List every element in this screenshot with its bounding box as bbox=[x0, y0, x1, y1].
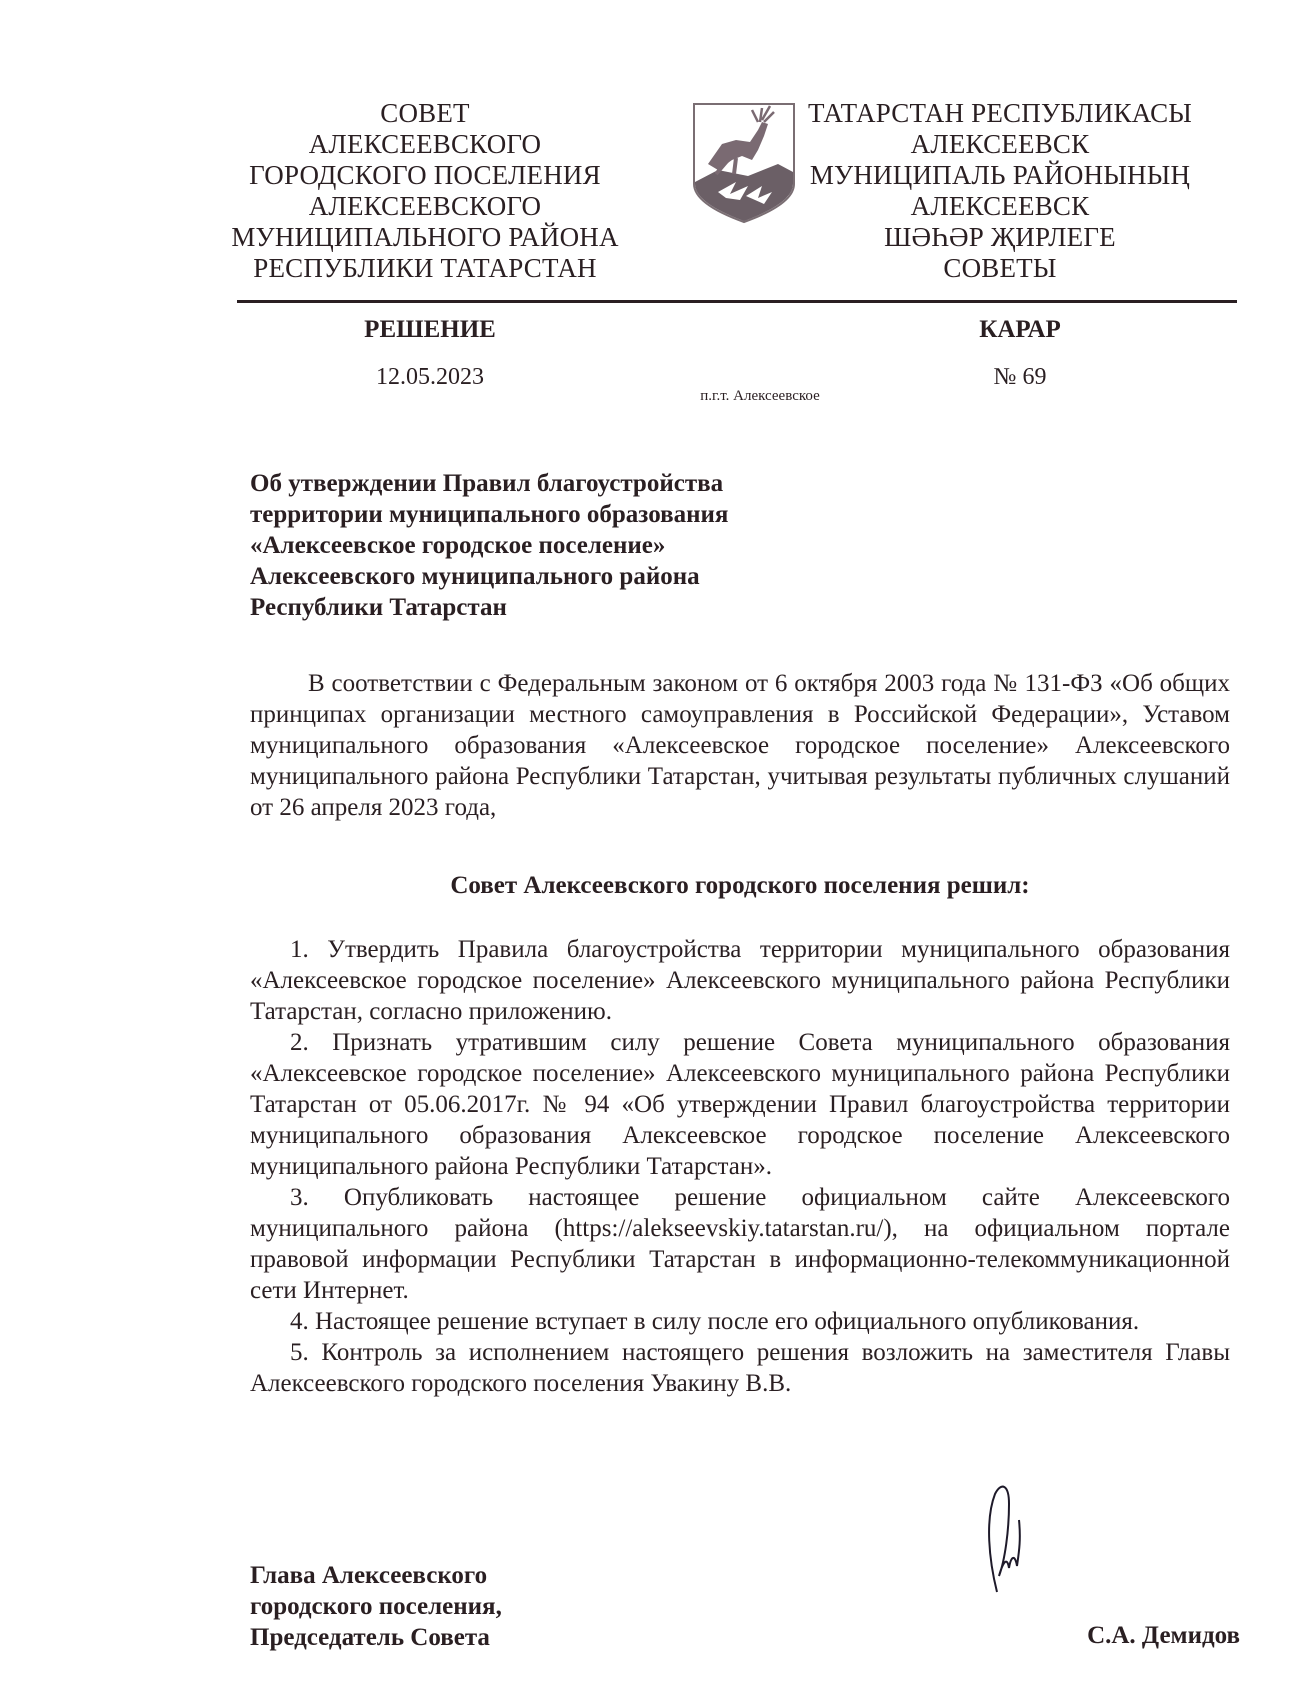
header-line: ТАТАРСТАН РЕСПУБЛИКАСЫ bbox=[760, 98, 1240, 129]
header-line: МУНИЦИПАЛЬНОГО РАЙОНА bbox=[225, 222, 625, 253]
resolution-item: 2. Признать утратившим силу решение Сове… bbox=[250, 1027, 1230, 1182]
doc-title: Об утверждении Правил благоустройства те… bbox=[250, 468, 870, 623]
title-line: Об утверждении Правил благоустройства bbox=[250, 468, 870, 499]
council-name-ru: СОВЕТ АЛЕКСЕЕВСКОГО ГОРОДСКОГО ПОСЕЛЕНИЯ… bbox=[225, 98, 625, 284]
resolution-item: 3. Опубликовать настоящее решение официа… bbox=[250, 1182, 1230, 1306]
resolution-item: 5. Контроль за исполнением настоящего ре… bbox=[250, 1337, 1230, 1399]
title-line: Республики Татарстан bbox=[250, 592, 870, 623]
header-line: ШӘҺӘР ҖИРЛЕГЕ bbox=[760, 222, 1240, 253]
header-line: РЕСПУБЛИКИ ТАТАРСТАН bbox=[225, 253, 625, 284]
header-line: СОВЕТЫ bbox=[760, 253, 1240, 284]
header-line: АЛЕКСЕЕВСК bbox=[760, 129, 1240, 160]
resolved-heading: Совет Алексеевского городского поселения… bbox=[250, 872, 1230, 900]
header-line: ГОРОДСКОГО ПОСЕЛЕНИЯ bbox=[225, 160, 625, 191]
position-line: городского поселения, bbox=[250, 1591, 670, 1622]
council-name-tt: ТАТАРСТАН РЕСПУБЛИКАСЫ АЛЕКСЕЕВСК МУНИЦИ… bbox=[760, 98, 1240, 284]
header-line: АЛЕКСЕЕВСКОГО bbox=[225, 191, 625, 222]
resolution-item: 4. Настоящее решение вступает в силу пос… bbox=[250, 1306, 1230, 1337]
signatory-position: Глава Алексеевского городского поселения… bbox=[250, 1560, 670, 1653]
handwritten-signature-icon bbox=[975, 1480, 1035, 1600]
doc-place: п.г.т. Алексеевское bbox=[660, 388, 860, 405]
header-divider bbox=[237, 300, 1237, 303]
doc-date: 12.05.2023 bbox=[330, 364, 530, 391]
position-line: Глава Алексеевского bbox=[250, 1560, 670, 1591]
header-line: СОВЕТ bbox=[225, 98, 625, 129]
preamble-paragraph: В соответствии с Федеральным законом от … bbox=[250, 668, 1230, 823]
doc-type-ru: РЕШЕНИЕ bbox=[300, 316, 560, 344]
title-line: территории муниципального образования bbox=[250, 499, 870, 530]
resolution-items: 1. Утвердить Правила благоустройства тер… bbox=[250, 934, 1230, 1399]
doc-type-tt: КАРАР bbox=[920, 316, 1120, 344]
title-line: Алексеевского муниципального района bbox=[250, 561, 870, 592]
header-line: МУНИЦИПАЛЬ РАЙОНЫНЫҢ bbox=[760, 160, 1240, 191]
header-line: АЛЕКСЕЕВСКОГО bbox=[225, 129, 625, 160]
header-line: АЛЕКСЕЕВСК bbox=[760, 191, 1240, 222]
signatory-name: С.А. Демидов bbox=[1040, 1622, 1240, 1650]
position-line: Председатель Совета bbox=[250, 1622, 670, 1653]
doc-number: № 69 bbox=[920, 364, 1120, 391]
title-line: «Алексеевское городское поселение» bbox=[250, 530, 870, 561]
resolution-item: 1. Утвердить Правила благоустройства тер… bbox=[250, 934, 1230, 1027]
